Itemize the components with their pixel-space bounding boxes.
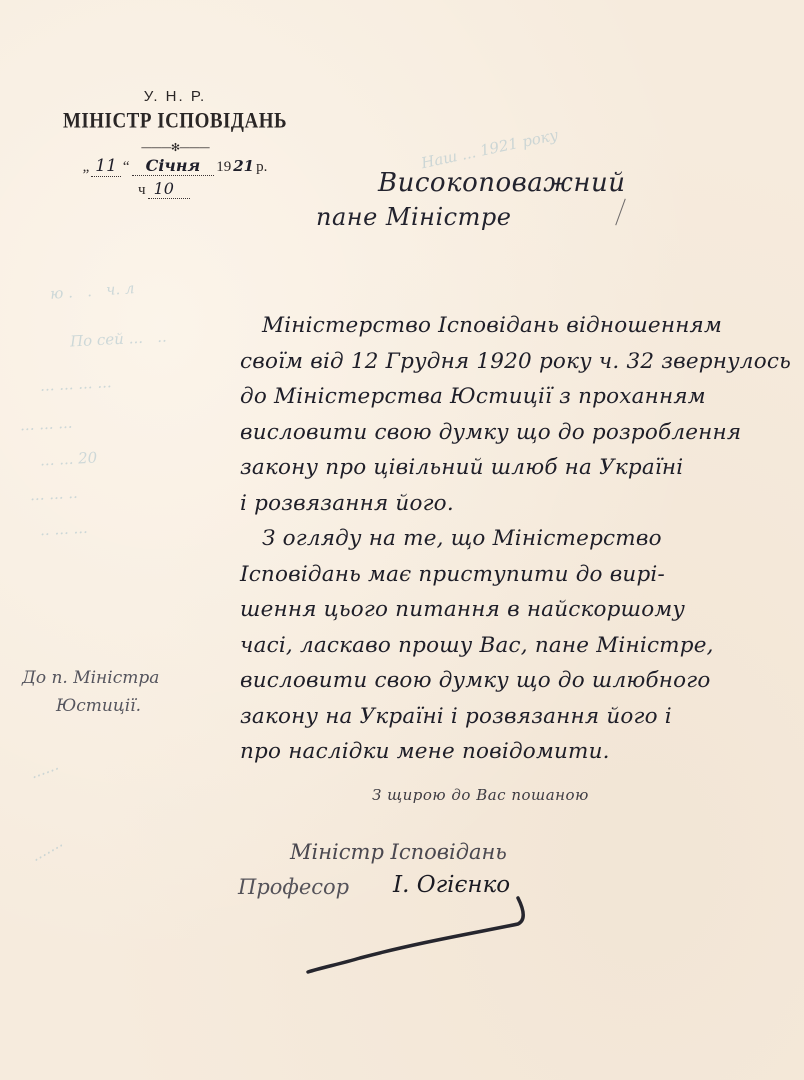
date-open-quote: „: [83, 159, 90, 176]
body-line: закону про цівільний шлюб на Україні: [240, 450, 800, 486]
bleed-through-text: Наш ... 1921 року: [420, 126, 560, 173]
signature-flourish-icon: [300, 880, 540, 980]
date-year-suffix: р.: [256, 159, 267, 176]
body-line: висловити свою думку що до розроблення: [240, 415, 800, 451]
date-year-prefix: 19: [216, 159, 231, 176]
bleed-through-text: ... ... ...: [20, 414, 73, 435]
letterhead-title: МІНІСТР ІСПОВІДАНЬ: [60, 109, 290, 134]
bleed-through-text: ... ... ..: [30, 484, 79, 504]
body-line: своїм від 12 Грудня 1920 року ч. 32 звер…: [240, 344, 800, 380]
letterhead-date: „ 11 “ Січня 1921 р.: [60, 156, 290, 177]
body-line: про наслідки мене повідомити.: [240, 734, 800, 770]
body-line: часі, ласкаво прошу Вас, пане Міністре,: [240, 628, 800, 664]
body-line: висловити свою думку що до шлюбного: [240, 663, 800, 699]
signature-title: Міністр Ісповідань: [290, 840, 507, 864]
bleed-through-text: .......: [28, 833, 66, 865]
bleed-through-text: По сей ... ..: [70, 327, 168, 350]
margin-note: До п. Міністра Юстиції.: [22, 664, 159, 720]
body-line: З огляду на те, що Міністерство: [240, 521, 800, 557]
margin-note-line-2: Юстиції.: [22, 692, 159, 720]
bleed-through-text: ю . . ч. л: [49, 279, 135, 303]
body-line: Міністерство Ісповідань відношенням: [240, 308, 800, 344]
letter-body: Міністерство Ісповідань відношенням свої…: [240, 308, 800, 770]
body-line: шення цього питання в найскоршому: [240, 592, 800, 628]
number-label: ч: [138, 182, 146, 199]
salutation-line-1: Високоповажний: [378, 168, 625, 198]
body-line: Ісповідань має приступити до вирі-: [240, 557, 800, 593]
date-day: 11: [91, 156, 121, 177]
letterhead: У. Н. Р. МІНІСТР ІСПОВІДАНЬ ———✻——— „ 11…: [60, 88, 290, 199]
closing-line: З щирою до Вас пошаною: [372, 786, 589, 804]
number-value: 10: [148, 179, 190, 199]
margin-note-line-1: До п. Міністра: [22, 664, 159, 692]
letterhead-ornament: ———✻———: [60, 141, 290, 154]
letterhead-org: У. Н. Р.: [60, 88, 290, 105]
document-page: Наш ... 1921 року ю . . ч. л По сей ... …: [0, 0, 804, 1080]
bleed-through-text: ... ... 20: [40, 449, 98, 470]
body-line: закону на Україні і розвязання його і: [240, 699, 800, 735]
bleed-through-text: ......: [28, 756, 61, 783]
pencil-mark: [615, 199, 626, 226]
date-close-quote: “: [123, 159, 130, 176]
bleed-through-text: .. ... ...: [40, 519, 89, 539]
body-line: до Міністерства Юстиції з проханням: [240, 379, 800, 415]
body-line: і розвязання його.: [240, 486, 800, 522]
salutation-line-2: пане Міністре: [316, 203, 511, 231]
bleed-through-text: ... ... ... ...: [40, 373, 112, 395]
date-year-handwritten: 21: [233, 157, 254, 175]
date-month: Січня: [132, 156, 215, 176]
letterhead-number: ч 10: [38, 179, 290, 199]
